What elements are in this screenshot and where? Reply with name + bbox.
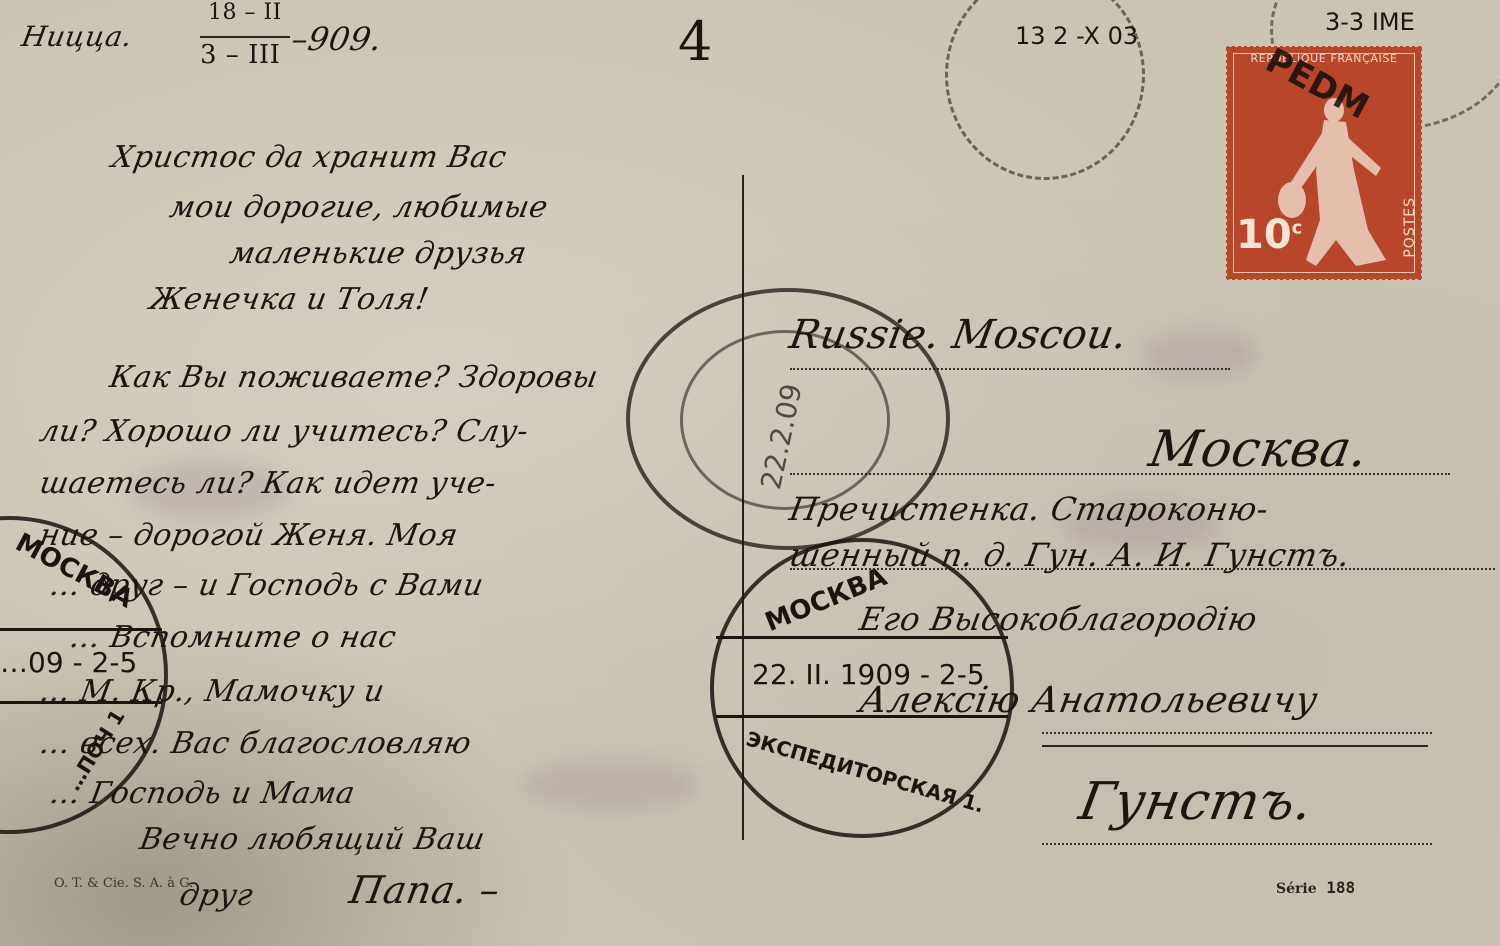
date-top: 18 – II <box>208 0 282 25</box>
postage-stamp: REPUBLIQUE FRANÇAISE 10c POSTES PEDM <box>1226 46 1422 280</box>
stamp-value-number: 10 <box>1236 212 1292 258</box>
signature: Папа. – <box>346 868 503 912</box>
ink-smudge <box>1140 330 1260 380</box>
message-line: Женечка и Толя! <box>147 282 432 317</box>
postcard-back: 4 Ницца. 18 – II 3 – III –909. Христос д… <box>0 0 1500 946</box>
address-line-4 <box>1042 732 1432 734</box>
publisher-imprint: O. T. & Cie. S. A. à G. <box>54 876 193 891</box>
address-line-5 <box>1042 843 1432 845</box>
series-label: Série <box>1276 881 1317 897</box>
moscow-postmark-left-date: …09 - 2-5 <box>0 646 137 679</box>
date-bottom: 3 – III <box>200 40 280 70</box>
message-line: ли? Хорошо ли учитесь? Слу- <box>37 414 531 449</box>
message-line: маленькие друзья <box>227 236 530 271</box>
corner-postmark-text: 3-3 IME <box>1325 8 1415 36</box>
date-year: –909. <box>289 20 385 58</box>
place-name: Ницца. <box>19 20 135 53</box>
series-number: 188 <box>1326 878 1355 897</box>
date-fraction-bar <box>200 36 290 38</box>
ink-smudge <box>520 760 700 810</box>
address-recipient-surname: Гунстъ. <box>1075 772 1318 832</box>
corner-number: 4 <box>678 10 713 73</box>
stamp-value: 10c <box>1236 212 1302 258</box>
stamp-country: REPUBLIQUE FRANÇAISE <box>1226 52 1422 65</box>
series-imprint: Série 188 <box>1276 878 1355 897</box>
stamp-label: POSTES <box>1402 197 1418 258</box>
address-underline <box>1042 745 1428 747</box>
message-line: мои дорогие, любимые <box>167 190 551 225</box>
message-line: Христос да хранит Вас <box>109 140 509 175</box>
message-line: шаетесь ли? Как идет уче- <box>37 466 499 501</box>
address-city: Москва. <box>1145 420 1373 478</box>
message-line: Как Вы поживаете? Здоровы <box>107 360 601 395</box>
moscow-postmark-date: 22. II. 1909 - 2-5 <box>752 658 985 691</box>
nice-postmark-text: 13 2 -X 03 <box>1015 22 1138 50</box>
message-line: Вечно любящий Ваш <box>137 822 488 857</box>
stamp-value-unit: c <box>1292 218 1303 239</box>
